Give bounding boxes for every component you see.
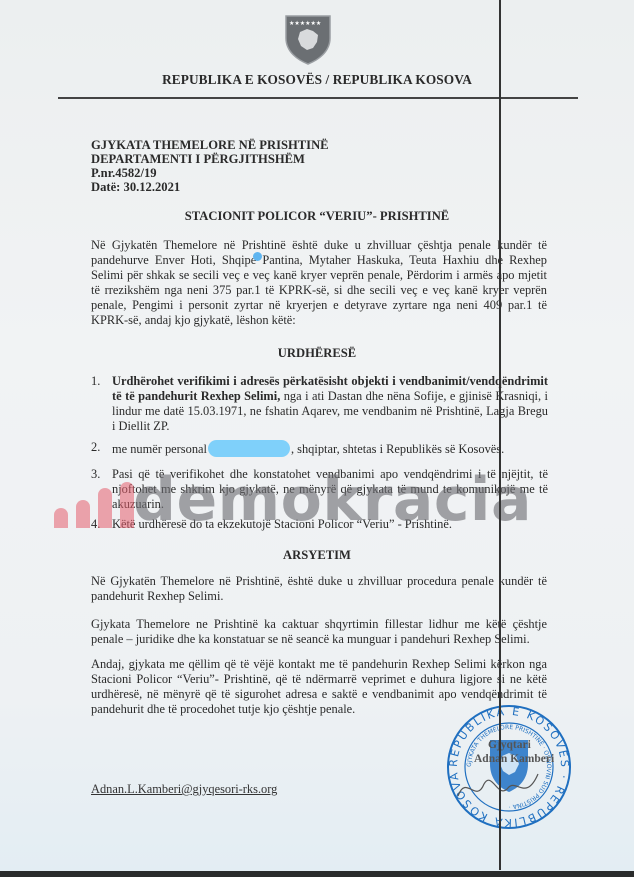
annotation-dot [253,252,262,261]
order-item-1: 1. Urdhërohet verifikimi i adresës përka… [112,374,548,434]
order-item-4: 4. Këtë urdhëresë do ta ekzekutojë Staci… [112,517,548,532]
reasoning-paragraph-2: Gjykata Themelore ne Prishtinë ka caktua… [91,617,547,647]
republic-title: REPUBLIKA E KOSOVËS / REPUBLIKA KOSOVA [0,72,634,88]
order-item-3: 3. Pasi që të verifikohet dhe konstatohe… [112,467,548,512]
court-stamp-icon: REPUBLIKA E KOSOVËS · REPUBLIKA KOSOVA ·… [446,704,572,830]
kosovo-emblem-icon: ★★★★★★ [280,12,336,66]
reasoning-heading: ARSYETIM [0,548,634,563]
watermark-bar-icon [54,508,68,528]
scanned-document-page: ★★★★★★ REPUBLIKA E KOSOVËS / REPUBLIKA K… [0,0,634,871]
svg-text:★★★★★★: ★★★★★★ [289,20,321,27]
order-heading: URDHËRESË [0,346,634,361]
signature-block: Gjyqtari Adnan Kamberi [474,738,554,766]
case-number: P.nr.4582/19 [91,166,329,180]
order-item-2: 2. me numër personal, shqiptar, shtetas … [112,440,548,457]
intro-paragraph: Në Gjykatën Themelore në Prishtinë është… [91,238,547,328]
scan-fold-line [499,0,501,870]
reasoning-paragraph-1: Në Gjykatën Themelore në Prishtinë, ësht… [91,574,547,604]
court-header: GJYKATA THEMELORE NË PRISHTINË DEPARTAME… [91,138,329,194]
judge-email-link[interactable]: Adnan.L.Kamberi@gjyqesori-rks.org [91,782,277,797]
redacted-personal-number [208,440,290,457]
watermark-bar-icon [76,500,90,528]
court-name: GJYKATA THEMELORE NË PRISHTINË [91,138,329,152]
signature-title: Gjyqtari [474,738,554,752]
department-name: DEPARTAMENTI I PËRGJITHSHËM [91,152,329,166]
document-date: Datë: 30.12.2021 [91,180,329,194]
addressee: STACIONIT POLICOR “VERIU”- PRISHTINË [0,209,634,224]
signature-name: Adnan Kamberi [474,752,554,766]
